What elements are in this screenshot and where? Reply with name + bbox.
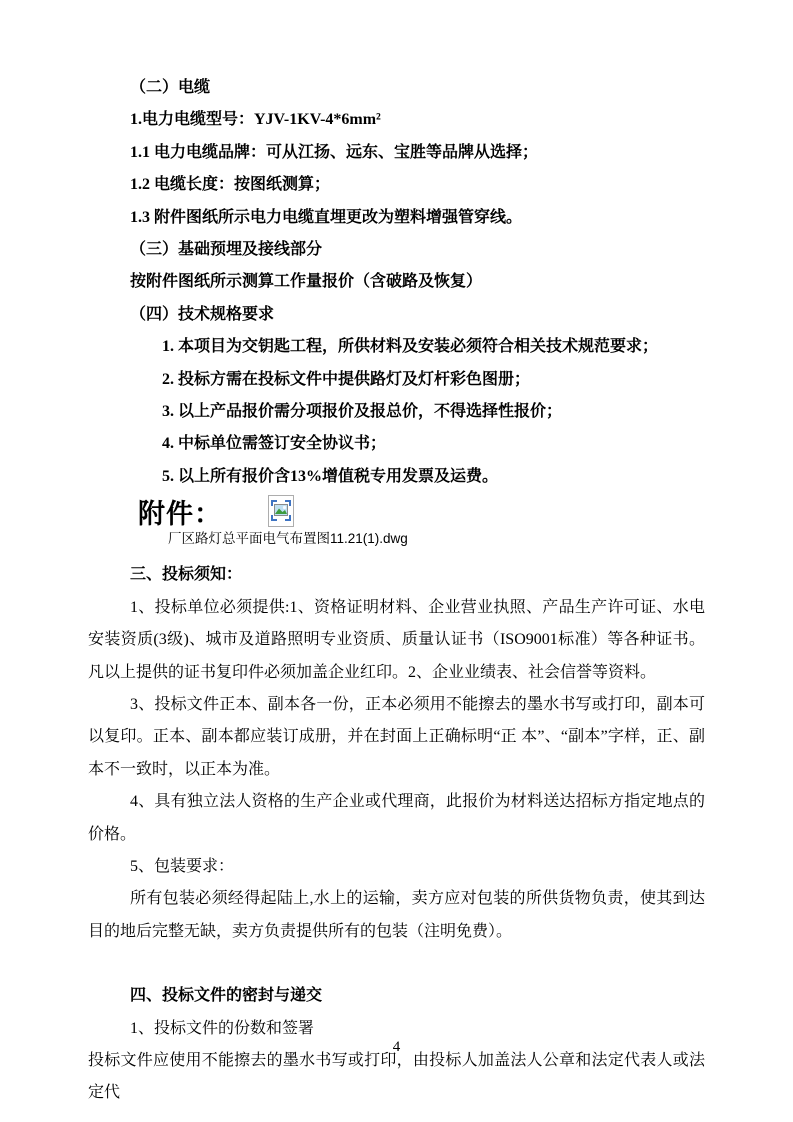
attachment-label: 附件：: [138, 492, 222, 531]
spacer: [88, 549, 705, 559]
cable-item-1-3: 1.3 附件图纸所示电力电缆直埋更改为塑料增强管穿线。: [130, 202, 705, 234]
document-body: （二）电缆 1.电力电缆型号：YJV-1KV-4*6mm² 1.1 电力电缆品牌…: [0, 0, 793, 1110]
bidnotes-paragraph-2: 3、投标文件正本、副本各一份，正本必须用不能擦去的墨水书写或打印，副本可以复印。…: [88, 689, 705, 786]
section-sealing-title: 四、投标文件的密封与递交: [130, 980, 705, 1012]
bidnotes-paragraph-4: 5、包装要求：: [88, 851, 705, 883]
foundation-body: 按附件图纸所示测算工作量报价（含破路及恢复）: [130, 266, 705, 298]
page-number: 4: [0, 1038, 793, 1056]
bidnotes-paragraph-5: 所有包装必须经得起陆上,水上的运输，卖方应对包装的所供货物负责，使其到达目的地后…: [88, 883, 705, 948]
cable-item-1-1: 1.1 电力电缆品牌：可从江扬、远东、宝胜等品牌从选择；: [130, 137, 705, 169]
attachment-row: 附件：: [138, 493, 705, 529]
techspec-item-3: 3. 以上产品报价需分项报价及报总价，不得选择性报价；: [162, 396, 705, 428]
blank-line: [88, 948, 705, 980]
bidnotes-paragraph-3: 4、具有独立法人资格的生产企业或代理商，此报价为材料送达招标方指定地点的价格。: [88, 786, 705, 851]
section-3-title: （三）基础预埋及接线部分: [130, 234, 705, 266]
bidnotes-paragraph-1: 1、投标单位必须提供:1、资格证明材料、企业营业执照、产品生产许可证、水电安装资…: [88, 592, 705, 689]
techspec-item-4: 4. 中标单位需签订安全协议书；: [162, 428, 705, 460]
techspec-item-1: 1. 本项目为交钥匙工程，所供材料及安装必须符合相关技术规范要求；: [162, 331, 705, 363]
techspec-item-5: 5. 以上所有报价含13%增值税专用发票及运费。: [162, 461, 705, 493]
section-bidnotes-title: 三、投标须知：: [130, 559, 705, 591]
section-4-title: （四）技术规格要求: [130, 299, 705, 331]
attachment-filename[interactable]: 厂区路灯总平面电气布置图11.21(1).dwg: [168, 529, 705, 549]
cable-item-1-2: 1.2 电缆长度：按图纸测算；: [130, 169, 705, 201]
document-page: （二）电缆 1.电力电缆型号：YJV-1KV-4*6mm² 1.1 电力电缆品牌…: [0, 0, 793, 1122]
image-file-icon[interactable]: [268, 495, 294, 527]
techspec-item-2: 2. 投标方需在投标文件中提供路灯及灯杆彩色图册；: [162, 364, 705, 396]
section-2-title: （二）电缆: [130, 72, 705, 104]
cable-item-1: 1.电力电缆型号：YJV-1KV-4*6mm²: [130, 104, 705, 136]
